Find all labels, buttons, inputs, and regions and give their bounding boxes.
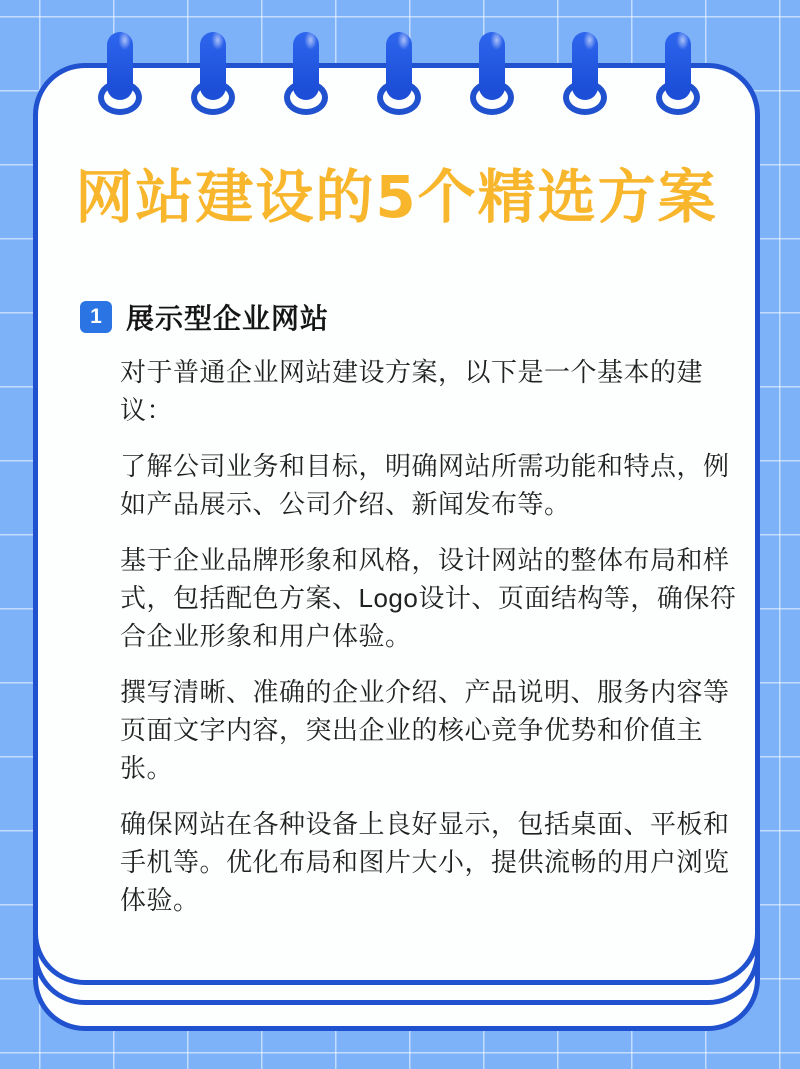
paragraph: 基于企业品牌形象和风格，设计网站的整体布局和样式，包括配色方案、Logo设计、页… [120, 541, 744, 655]
paragraph: 撰写清晰、准确的企业介绍、产品说明、服务内容等页面文字内容，突出企业的核心竞争优… [120, 673, 744, 787]
paragraph: 对于普通企业网站建设方案，以下是一个基本的建议： [120, 353, 744, 429]
poster-background: { "poster": { "title": "网站建设的5个精选方案", "s… [0, 0, 800, 1069]
poster-title: 网站建设的5个精选方案 [33, 150, 760, 234]
body-content: 对于普通企业网站建设方案，以下是一个基本的建议： 了解公司业务和目标，明确网站所… [120, 353, 744, 937]
section-number-badge: 1 [80, 301, 112, 333]
paragraph: 了解公司业务和目标，明确网站所需功能和特点，例如产品展示、公司介绍、新闻发布等。 [120, 447, 744, 523]
section-header: 1 展示型企业网站 [80, 297, 329, 337]
paragraph: 确保网站在各种设备上良好显示，包括桌面、平板和手机等。优化布局和图片大小，提供流… [120, 805, 744, 919]
section-heading: 展示型企业网站 [126, 297, 329, 337]
